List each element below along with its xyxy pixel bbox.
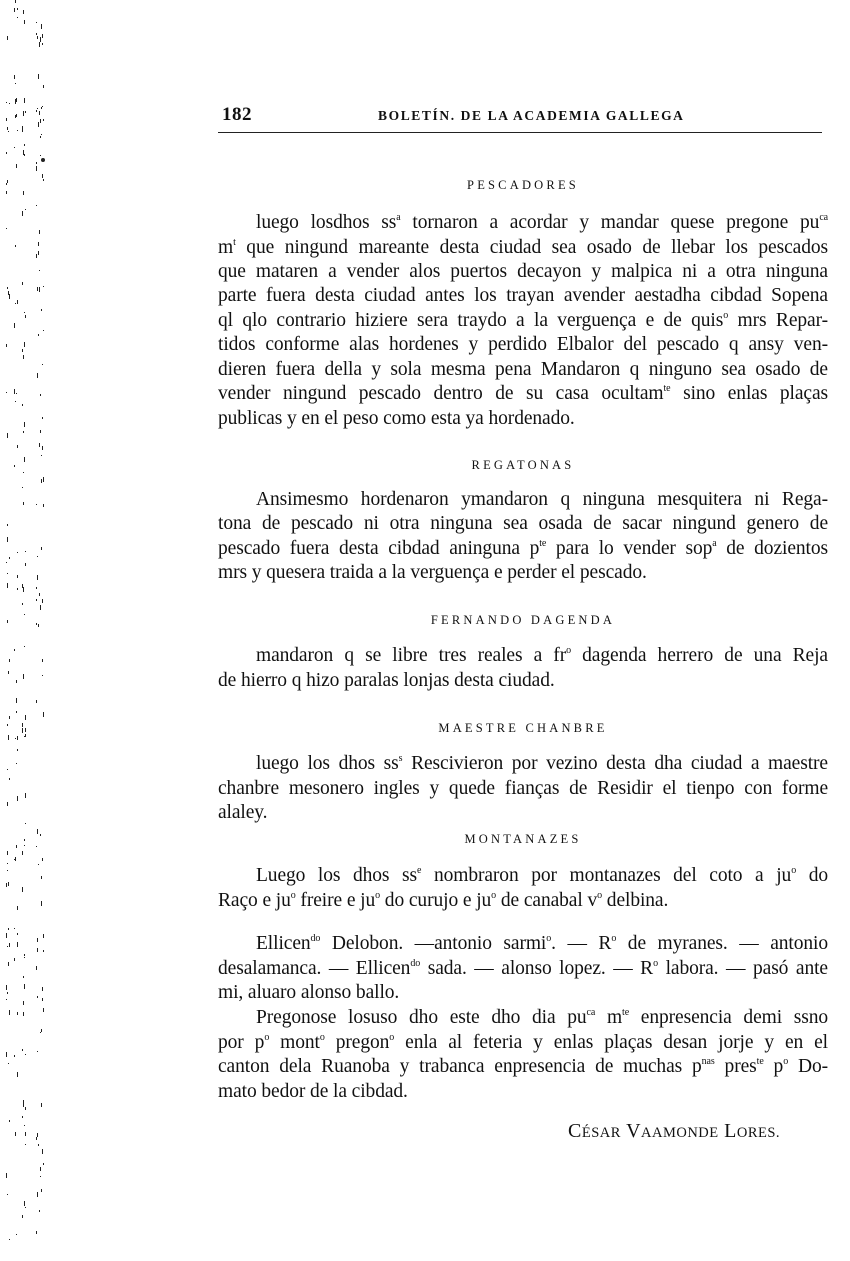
text-line: publicas y en el peso como esta ya horde… bbox=[218, 407, 828, 431]
text-line: desalamanca. — Ellicendo sada. — alonso … bbox=[218, 957, 828, 981]
text-line: tidos conforme alas hordenes y perdido E… bbox=[218, 333, 828, 357]
text-line: vender ningund pescado dentro de su casa… bbox=[218, 382, 828, 406]
text-line: mi, aluaro alonso ballo. bbox=[218, 981, 828, 1005]
text-line: tona de pescado ni otra ninguna sea osad… bbox=[218, 512, 828, 536]
page-number: 182 bbox=[222, 104, 252, 126]
header-rule bbox=[218, 132, 822, 133]
text-line: pescado fuera desta cibdad aninguna pte … bbox=[218, 537, 828, 561]
text-line: luego losdhos ssa tornaron a acordar y m… bbox=[256, 211, 828, 235]
text-line: Raço e juo freire e juo do curujo e juo … bbox=[218, 889, 828, 913]
text-line: mato bedor de la cibdad. bbox=[218, 1080, 828, 1104]
scan-margin-noise bbox=[0, 0, 80, 1261]
text-line: ql qlo contrario hiziere sera traydo a l… bbox=[218, 309, 828, 333]
text-line: chanbre mesonero ingles y quede fianças … bbox=[218, 777, 828, 801]
text-line: canton dela Ruanoba y trabanca enpresenc… bbox=[218, 1055, 828, 1079]
section-heading: MAESTRE CHANBRE bbox=[218, 721, 828, 736]
text-line: Luego los dhos sse nombraron por montana… bbox=[256, 864, 828, 888]
running-title: BOLETÍN. DE LA ACADEMIA GALLEGA bbox=[378, 108, 685, 124]
author-signature: CÉSAR VAAMONDE LORES. bbox=[568, 1120, 780, 1143]
text-line: luego los dhos sss Rescivieron por vezin… bbox=[256, 752, 828, 776]
text-line: dieren fuera della y sola mesma pena Man… bbox=[218, 358, 828, 382]
text-line: parte fuera desta ciudad antes los traya… bbox=[218, 284, 828, 308]
text-line: mrs y quesera traida a la verguença e pe… bbox=[218, 561, 828, 585]
section-heading: MONTANAZES bbox=[218, 832, 828, 847]
text-line: Pregonose losuso dho este dho dia puca m… bbox=[256, 1006, 828, 1030]
text-line: mandaron q se libre tres reales a fro da… bbox=[256, 644, 828, 668]
text-line: mt que ningund mareante desta ciudad sea… bbox=[218, 236, 828, 260]
text-line: Ansimesmo hordenaron ymandaron q ninguna… bbox=[256, 488, 828, 512]
text-line: alaley. bbox=[218, 801, 828, 825]
text-line: de hierro q hizo paralas lonjas desta ci… bbox=[218, 669, 828, 693]
section-heading: FERNANDO DAGENDA bbox=[218, 613, 828, 628]
text-line: que mataren a vender alos puertos decayo… bbox=[218, 260, 828, 284]
text-line: Ellicendo Delobon. —antonio sarmio. — Ro… bbox=[256, 932, 828, 956]
section-heading: PESCADORES bbox=[218, 178, 828, 193]
section-heading: REGATONAS bbox=[218, 458, 828, 473]
text-line: por po monto pregono enla al feteria y e… bbox=[218, 1031, 828, 1055]
